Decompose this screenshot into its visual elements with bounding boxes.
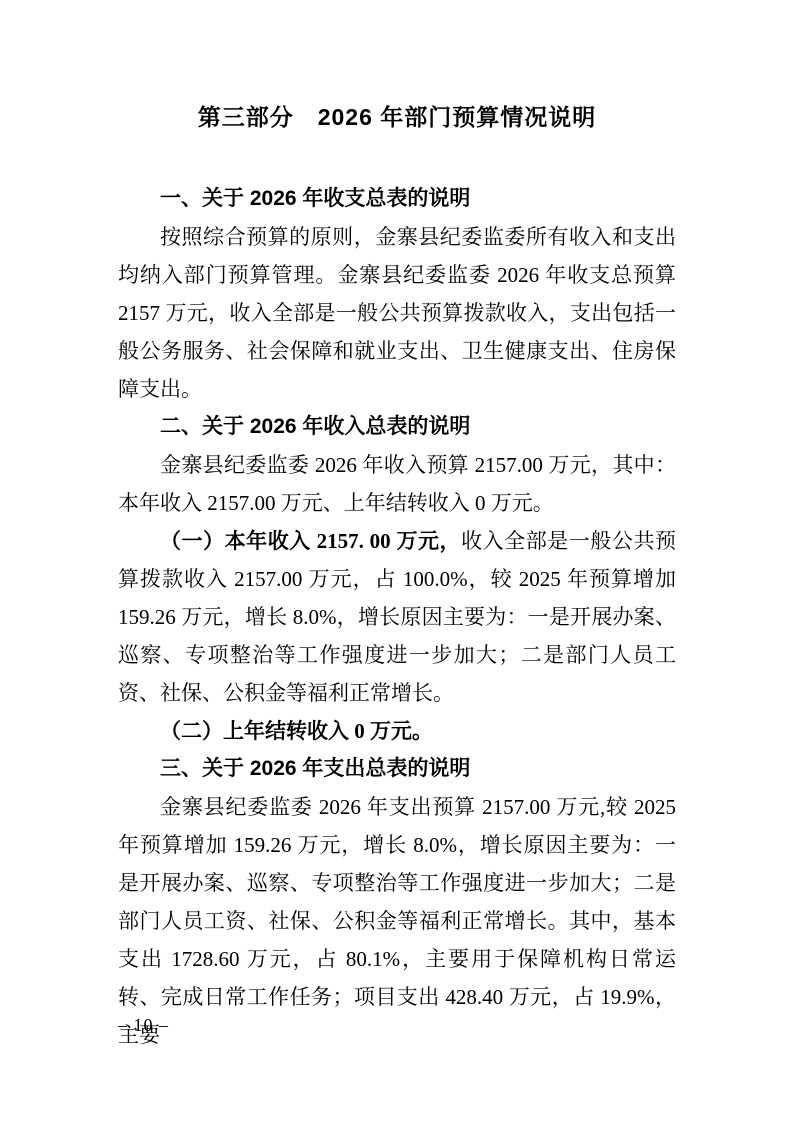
- subitem-1-lead: （一）本年收入 2157. 00 万元，: [160, 529, 461, 553]
- page-title: 第三部分 2026 年部门预算情况说明: [118, 100, 676, 134]
- subitem-1-body: 收入全部是一般公共预算拨款收入 2157.00 万元，占 100.0%，较 20…: [118, 529, 676, 705]
- document-page: 第三部分 2026 年部门预算情况说明 一、关于 2026 年收支总表的说明 按…: [0, 0, 793, 1122]
- paragraph-income-summary: 金寨县纪委监委 2026 年收入预算 2157.00 万元，其中：本年收入 21…: [118, 446, 676, 522]
- section-heading-income: 二、关于 2026 年收入总表的说明: [118, 408, 676, 446]
- section-heading-expenditure: 三、关于 2026 年支出总表的说明: [118, 750, 676, 788]
- paragraph-carryover-income: （二）上年结转收入 0 万元。: [118, 712, 676, 750]
- page-number: – 10 –: [118, 1013, 169, 1037]
- paragraph-current-year-income: （一）本年收入 2157. 00 万元，收入全部是一般公共预算拨款收入 2157…: [118, 522, 676, 712]
- paragraph-expenditure-summary: 金寨县纪委监委 2026 年支出预算 2157.00 万元,较 2025 年预算…: [118, 788, 676, 1054]
- paragraph-overall-budget: 按照综合预算的原则，金寨县纪委监委所有收入和支出均纳入部门预算管理。金寨县纪委监…: [118, 218, 676, 408]
- section-heading-income-expense: 一、关于 2026 年收支总表的说明: [118, 180, 676, 218]
- subitem-2-lead: （二）上年结转收入 0 万元。: [160, 719, 433, 743]
